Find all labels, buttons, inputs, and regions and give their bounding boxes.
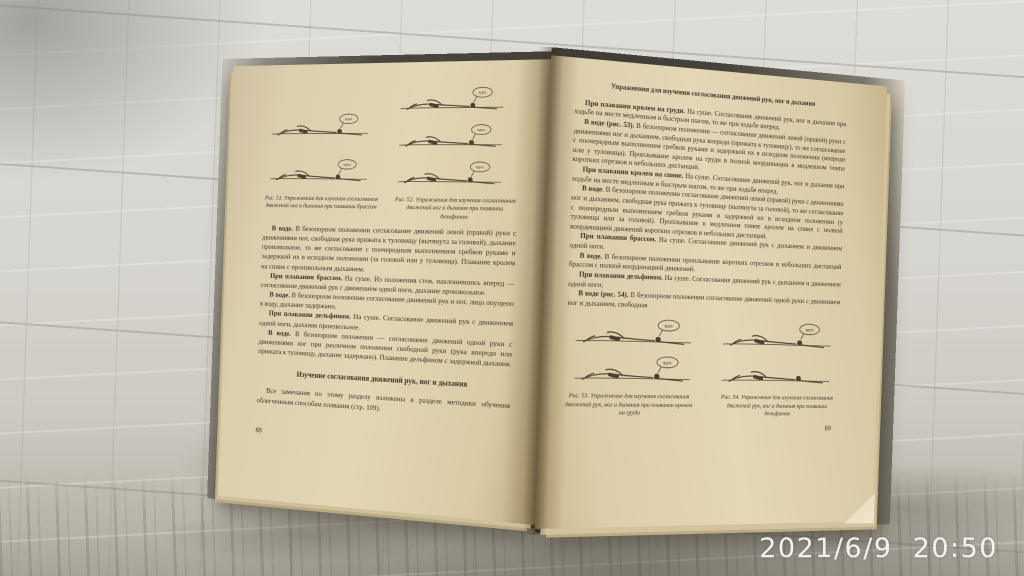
swimmer-drawing-icon: вдох <box>381 159 518 193</box>
svg-text:вдох: вдох <box>806 329 815 334</box>
swimmer-icon: вдох <box>714 319 840 358</box>
swimmer-drawing-icon: вдох <box>566 314 701 354</box>
svg-text:вдох: вдох <box>345 116 352 121</box>
swimmer-drawing-icon: вдох <box>264 157 374 190</box>
svg-text:вдох: вдох <box>343 162 350 167</box>
swimmer-drawing-icon: вдох <box>714 319 840 358</box>
closing-paragraph: Все замечания по этому разделу изложены … <box>256 386 510 422</box>
svg-text:вдох: вдох <box>476 164 484 169</box>
left-page-body-text: В воде. В безопорном положении согласова… <box>258 224 516 370</box>
swimmer-drawing-icon: вдох <box>384 84 522 119</box>
camera-timestamp: 2021/6/9 20:50 <box>759 533 998 564</box>
swimmer-icon: вдох <box>381 159 518 193</box>
book-page-left: вдох вдох вдох вдох вдох Рис. 51. Упражн… <box>218 59 551 525</box>
figure-block-51-52: вдох вдох вдох вдох вдох <box>264 84 522 193</box>
swimmer-drawing-icon: вдох <box>383 121 520 155</box>
swimmer-icon: вдох <box>264 157 374 190</box>
swimmer-icon: вдох <box>384 84 522 119</box>
page-number-right: 89 <box>563 424 836 433</box>
swimmer-icon: вдох <box>383 121 520 155</box>
book-page-right: Упражнения для изучения согласования дви… <box>535 55 888 529</box>
swimmer-drawing-icon <box>713 355 839 393</box>
swimmer-drawing-icon: вдох <box>564 352 699 391</box>
photo-scene: вдох вдох вдох вдох вдох Рис. 51. Упражн… <box>0 0 1024 576</box>
right-page-body-text: При плавании кролем на груди. На суше. С… <box>567 97 846 316</box>
svg-text:вдох: вдох <box>479 90 487 95</box>
figure-52-caption: Рис. 52. Упражнения для изучения согласо… <box>393 196 518 222</box>
figure-53-caption: Рис. 53. Упражнение для изучения согласо… <box>564 393 694 418</box>
svg-text:вдох: вдох <box>664 325 673 330</box>
figure-54-caption: Рис. 54. Упражнение для изучения согласо… <box>716 394 837 418</box>
open-book: вдох вдох вдох вдох вдох Рис. 51. Упражн… <box>156 24 983 557</box>
swimmer-drawing-icon: вдох <box>266 111 376 144</box>
figure-51-caption: Рис. 51. Упражнения для изучения согласо… <box>263 195 379 220</box>
svg-text:вдох: вдох <box>477 127 485 132</box>
figure-51: вдох вдох <box>264 86 376 191</box>
figure-block-53-54: вдох вдох вдох <box>564 314 839 393</box>
swimmer-icon: вдох <box>566 314 701 354</box>
svg-text:вдох: вдох <box>663 362 672 367</box>
swimmer-icon: вдох <box>564 352 699 391</box>
paragraph: В воде. В безопорном положении согласова… <box>261 224 516 279</box>
swimmer-icon: вдох <box>266 111 376 144</box>
figure-52: вдох вдох вдох <box>381 84 521 193</box>
swimmer-icon <box>713 355 839 393</box>
page-number-left: 88 <box>255 425 508 452</box>
